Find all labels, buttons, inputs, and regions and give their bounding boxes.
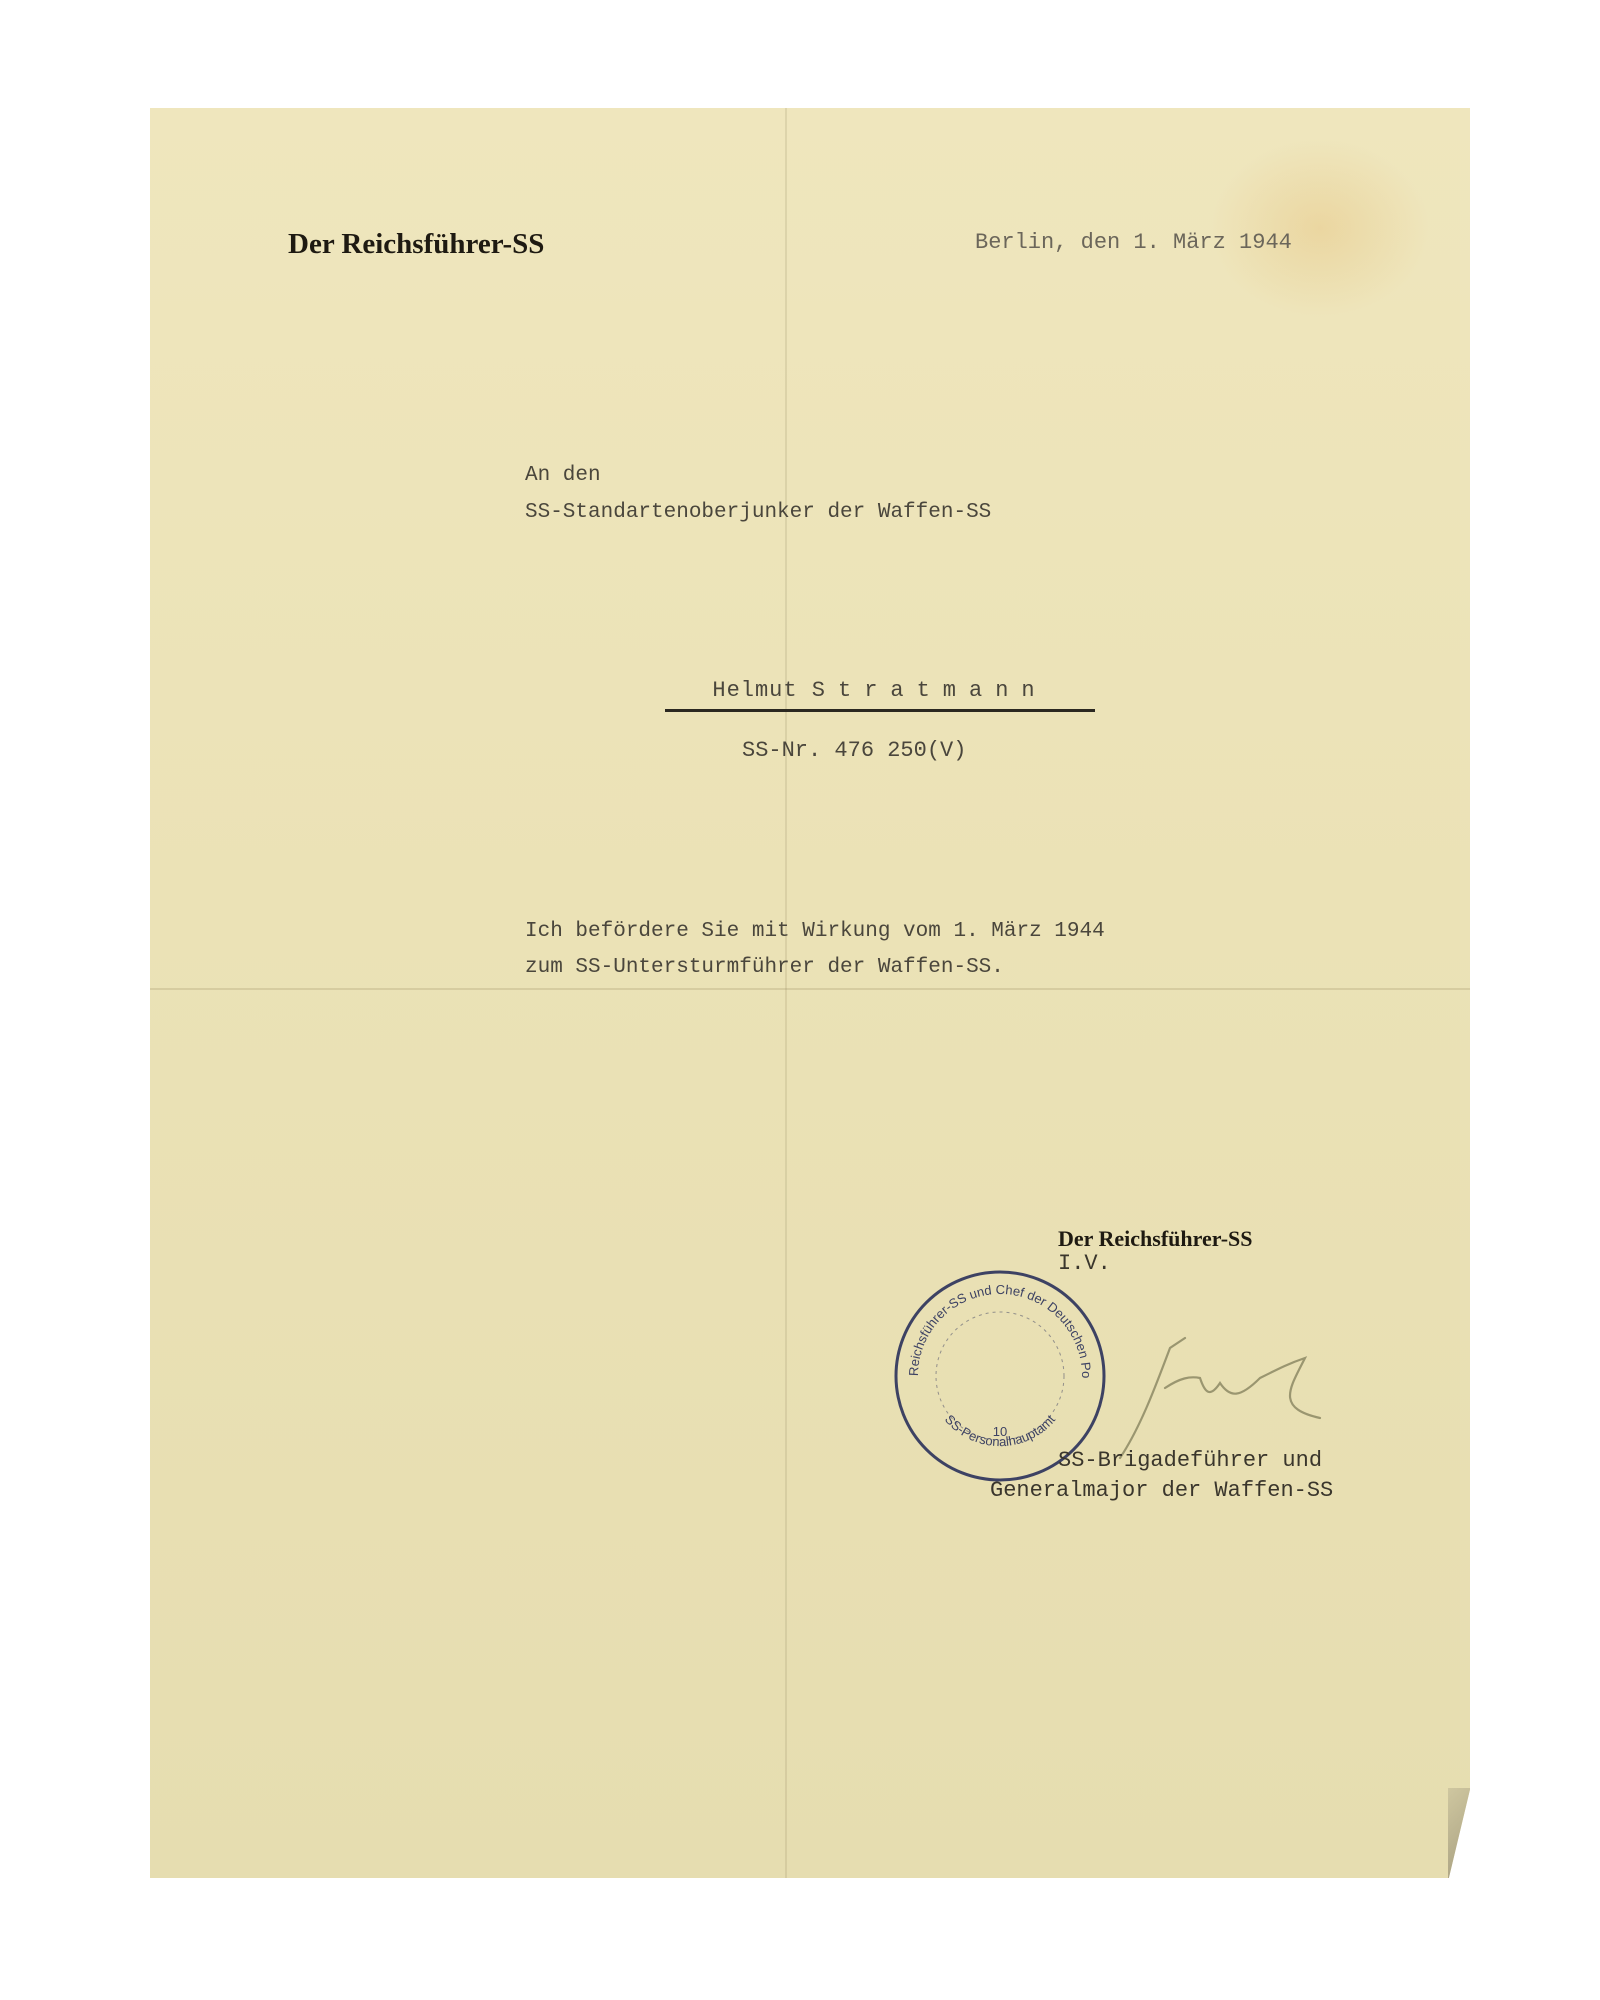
recipient-last-name: Stratmann xyxy=(812,678,1048,703)
signatory-rank-line-2: Generalmajor der Waffen-SS xyxy=(990,1478,1333,1503)
paper-stain xyxy=(1210,138,1430,318)
document-sheet: Der Reichsführer-SS Berlin, den 1. März … xyxy=(150,108,1470,1878)
seal-ring-text-top: Der Reichsführer-SS und Chef der Deutsch… xyxy=(890,1266,1094,1378)
signature-letterhead: Der Reichsführer-SS xyxy=(1058,1226,1253,1252)
signatory-rank-line-1: SS-Brigadeführer und xyxy=(1058,1448,1322,1473)
seal-number: 10 xyxy=(993,1424,1007,1439)
svg-text:Der Reichsführer-SS und Chef d: Der Reichsführer-SS und Chef der Deutsch… xyxy=(890,1266,1094,1378)
folded-corner xyxy=(1448,1788,1470,1878)
member-number: SS-Nr. 476 250(V) xyxy=(742,738,966,763)
handwritten-signature xyxy=(1110,1318,1350,1468)
vertical-fold-line xyxy=(785,108,787,1878)
recipient-first-name: Helmut xyxy=(712,678,797,703)
letterhead: Der Reichsführer-SS xyxy=(288,228,544,261)
recipient-name: Helmut Stratmann xyxy=(665,678,1095,712)
salutation-line-1: An den xyxy=(525,464,601,487)
body-line-2: zum SS-Untersturmführer der Waffen-SS. xyxy=(525,956,1004,979)
place-date: Berlin, den 1. März 1944 xyxy=(975,230,1292,255)
salutation-line-2: SS-Standartenoberjunker der Waffen-SS xyxy=(525,501,991,524)
horizontal-fold-line xyxy=(150,988,1470,990)
body-line-1: Ich befördere Sie mit Wirkung vom 1. Mär… xyxy=(525,920,1105,943)
